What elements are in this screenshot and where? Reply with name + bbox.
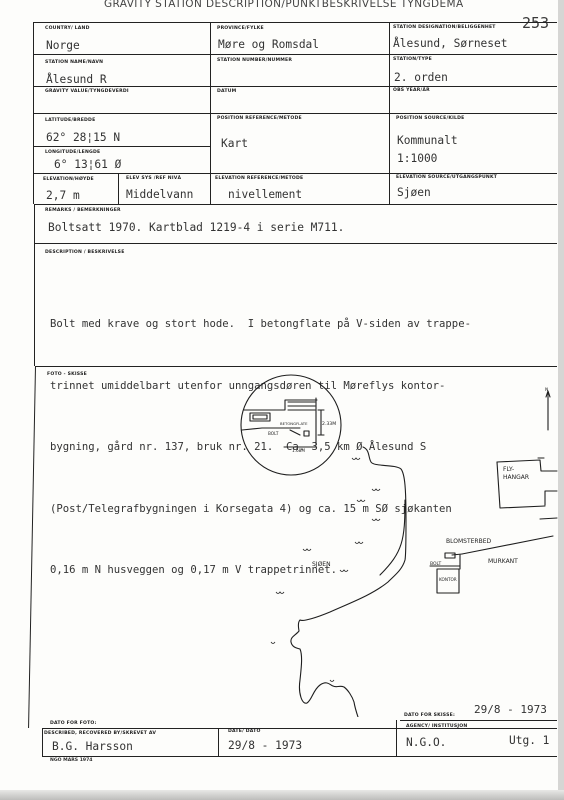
station-type-value: 2. orden	[394, 71, 448, 84]
country-value: Norge	[46, 39, 80, 52]
description-line: Bolt med krave og stort hode. I betongfl…	[50, 314, 471, 335]
elevation-value: 2,7 m	[46, 189, 80, 202]
bolt-label: BOLT	[430, 561, 441, 567]
longitude-value: 6° 13¦61 Ø	[54, 158, 121, 171]
inset-width-label: 1.68M	[292, 448, 305, 453]
longitude-label: Longitude/Lengde	[45, 150, 100, 155]
rule	[210, 22, 211, 204]
hangar-label-1: FLY-	[503, 466, 514, 473]
elev-sys-label: Elev sys /Ref nivå	[126, 176, 181, 181]
date-label: Date/ Dato	[228, 729, 261, 734]
location-sketch: N FLY- HANGAR BLOMSTERBED MURKANT BOLT K…	[40, 372, 558, 717]
elevation-reference-label: Elevation reference/Metode	[215, 176, 303, 181]
position-source-value-2: 1:1000	[397, 152, 437, 165]
rule	[42, 728, 43, 756]
rule	[28, 366, 36, 728]
gravity-value-label: Gravity value/Tyngdeverdi	[45, 89, 129, 94]
rule	[389, 22, 390, 204]
elevation-label: Elevation/Høyde	[43, 177, 94, 182]
rule	[42, 756, 557, 757]
inset-concrete-label: BETONGFLATE	[280, 421, 308, 426]
obs-year-label: Obs year/År	[393, 88, 430, 93]
rule	[218, 728, 219, 756]
elevation-source-label: Elevation source/Utgangspunkt	[396, 175, 497, 180]
position-source-value-1: Kommunalt	[397, 134, 458, 147]
remarks-label: Remarks / Bemerkninger	[45, 208, 121, 213]
sketch-date-label: Dato for skisse:	[404, 713, 455, 718]
edition-value: Utg. 1	[509, 734, 549, 747]
position-reference-value: Kart	[221, 137, 248, 150]
latitude-value: 62° 28¦15 N	[46, 131, 120, 144]
agency-value: N.G.O.	[406, 736, 446, 749]
rule	[118, 173, 119, 204]
agency-label: Agency/ Institusjon	[406, 724, 467, 729]
north-label: N	[545, 387, 548, 393]
sketch-date-value: 29/8 - 1973	[474, 703, 547, 716]
described-by-label: Described, recovered by/Skrevet av	[44, 731, 156, 736]
rule	[34, 243, 557, 244]
office-label: KONTOR	[439, 577, 457, 582]
rule	[34, 204, 557, 205]
elevation-source-value: Sjøen	[397, 186, 431, 199]
scan-edge	[558, 0, 564, 800]
rule	[42, 728, 557, 729]
inset-height-label: 2.33M	[322, 421, 336, 427]
rule	[33, 113, 557, 114]
inset-bolt-label: BOLT	[268, 431, 279, 436]
flower-bed-label: BLOMSTERBED	[446, 538, 491, 545]
sea-label: SJØEN	[312, 561, 331, 568]
rule	[34, 173, 557, 174]
hangar-label-2: HANGAR	[503, 474, 529, 481]
station-name-label: Station name/Navn	[45, 60, 103, 65]
latitude-label: Latitude/Bredde	[45, 118, 95, 123]
wall-edge-label: MURKANT	[488, 558, 518, 565]
description-label: Description / Beskrivelse	[45, 250, 125, 255]
position-reference-label: Position reference/Metode	[217, 116, 302, 121]
rule	[34, 146, 210, 147]
position-source-label: Position source/Kilde	[396, 116, 465, 121]
station-name-value: Ålesund R	[46, 73, 107, 86]
station-type-label: Station/Type	[393, 57, 432, 62]
sheet-number: 253	[522, 14, 549, 32]
province-value: Møre og Romsdal	[218, 38, 319, 51]
rule	[34, 204, 35, 366]
rule	[33, 86, 557, 87]
datum-label: Datum	[217, 89, 236, 94]
elev-sys-value: Middelvann	[126, 188, 193, 201]
remarks-value: Boltsatt 1970. Kartblad 1219-4 i serie M…	[48, 221, 344, 234]
station-designation-label: Station designation/Beliggenhet	[393, 25, 496, 30]
date-value: 29/8 - 1973	[228, 739, 302, 752]
form-title: GRAVITY STATION DESCRIPTION/PUNKTBESKRIV…	[104, 0, 464, 10]
rule	[400, 720, 557, 721]
province-label: Province/Fylke	[217, 26, 264, 31]
photo-date-label: Dato for foto:	[50, 721, 97, 726]
rule	[33, 54, 557, 55]
elevation-reference-value: nivellement	[228, 188, 302, 201]
station-designation-value: Ålesund, Sørneset	[393, 37, 508, 50]
station-number-label: Station number/Nummer	[217, 58, 292, 63]
form-id: NGO MARS 1974	[50, 758, 92, 763]
rule	[33, 22, 34, 204]
scan-bottom-edge	[0, 790, 564, 800]
rule	[33, 22, 557, 23]
described-by-value: B.G. Harsson	[52, 740, 133, 753]
country-label: Country/ Land	[45, 26, 90, 31]
rule	[396, 720, 397, 756]
